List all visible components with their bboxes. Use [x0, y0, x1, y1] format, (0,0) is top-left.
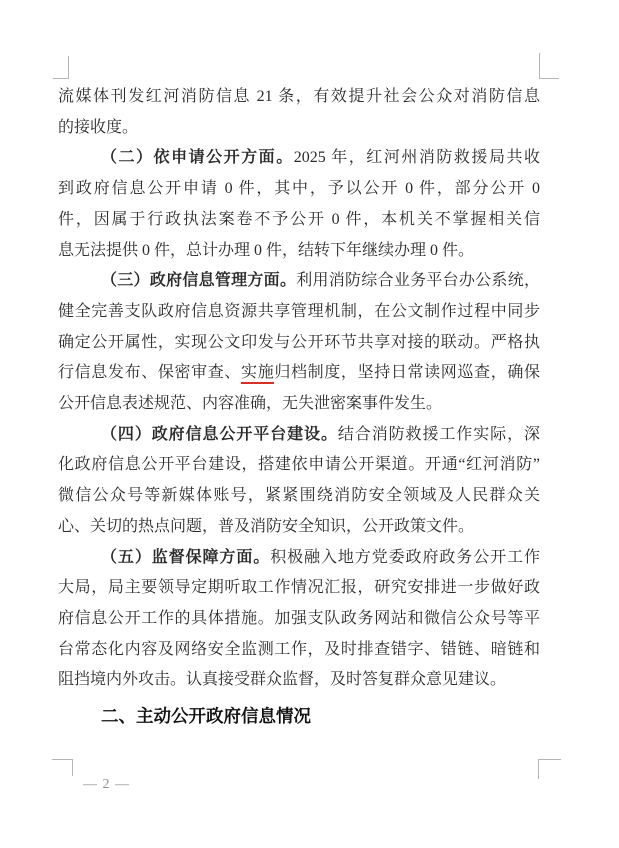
page-number: — 2 —	[83, 777, 130, 792]
text-run: 心、关切的热点问题，普及消防安全知识，公开政策文件。	[58, 518, 474, 535]
text-line: 件，因属于行政执法案卷不予公开 0 件，本机关不掌握相关信	[58, 205, 540, 236]
text-run: 归档制度，坚持日常读网巡查，确保	[274, 364, 540, 381]
text-line: 府信息公开工作的具体措施。加强支队政务网站和微信公众号等平	[58, 604, 540, 635]
text-run: 件，因属于行政执法案卷不予公开 0 件，本机关不掌握相关信	[58, 211, 540, 228]
text-line: 化政府信息公开平台建设，搭建依申请公开渠道。开通“红河消防”	[58, 450, 540, 481]
page-footer: — 2 —	[83, 774, 130, 796]
para-section-4: （四）政府信息公开平台建设。结合消防救援工作实际，深化政府信息公开平台建设，搭建…	[58, 420, 540, 543]
text-run: 行信息发布、保密审查、	[58, 364, 241, 381]
text-line: 流媒体刊发红河消防信息 21 条，有效提升社会公众对消防信息	[58, 82, 540, 113]
document-page: 流媒体刊发红河消防信息 21 条，有效提升社会公众对消防信息的接收度。（二）依申…	[0, 0, 619, 848]
crop-mark-bottom-right-icon	[538, 759, 561, 779]
bold-lead-in: （二）依申请公开方面。	[101, 149, 294, 166]
text-run: 到政府信息公开申请 0 件，其中，予以公开 0 件，部分公开 0	[58, 180, 540, 197]
text-line: 阻挡境内外攻击。认真接受群众监督，及时答复群众意见建议。	[58, 665, 540, 696]
text-run: 健全完善支队政府信息资源共享管理机制，在公文制作过程中同步	[58, 303, 540, 320]
crop-mark-top-left-icon	[53, 56, 69, 79]
text-line: 台常态化内容及网络安全监测工作，及时排查错字、错链、暗链和	[58, 635, 540, 666]
text-run: 积极融入地方党委政府政务公开工作	[270, 549, 540, 566]
text-run: 府信息公开工作的具体措施。加强支队政务网站和微信公众号等平	[58, 610, 540, 627]
text-line: 大局，局主要领导定期听取工作情况汇报，研究安排进一步做好政	[58, 573, 540, 604]
bold-lead-in: （五）监督保障方面。	[101, 549, 270, 566]
text-run: 阻挡境内外攻击。认真接受群众监督，及时答复群众意见建议。	[58, 671, 506, 688]
text-run: 的接收度。	[58, 119, 138, 136]
bold-lead-in: （三）政府信息管理方面。	[101, 272, 296, 289]
document-body: 流媒体刊发红河消防信息 21 条，有效提升社会公众对消防信息的接收度。（二）依申…	[58, 82, 540, 732]
text-line: 行信息发布、保密审查、实施归档制度，坚持日常读网巡查，确保	[58, 358, 540, 389]
text-line: 公开信息表述规范、内容准确，无失泄密案事件发生。	[58, 389, 540, 420]
crop-mark-bottom-left-icon	[52, 759, 73, 776]
text-run: 大局，局主要领导定期听取工作情况汇报，研究安排进一步做好政	[58, 579, 540, 596]
para-section-2: （二）依申请公开方面。2025 年，红河州消防救援局共收到政府信息公开申请 0 …	[58, 143, 540, 266]
text-line: （五）监督保障方面。积极融入地方党委政府政务公开工作	[58, 543, 540, 574]
bold-lead-in: 二、主动公开政府信息情况	[101, 706, 311, 726]
text-run: 微信公众号等新媒体账号，紧紧围绕消防安全领域及人民群众关	[58, 487, 540, 504]
text-line: 心、关切的热点问题，普及消防安全知识，公开政策文件。	[58, 512, 540, 543]
para-continuation: 流媒体刊发红河消防信息 21 条，有效提升社会公众对消防信息的接收度。	[58, 82, 540, 143]
text-line: 息无法提供 0 件，总计办理 0 件，结转下年继续办理 0 件。	[58, 236, 540, 267]
text-run: 台常态化内容及网络安全监测工作，及时排查错字、错链、暗链和	[58, 641, 540, 658]
text-line: 的接收度。	[58, 113, 540, 144]
text-line: （四）政府信息公开平台建设。结合消防救援工作实际，深	[58, 420, 540, 451]
text-line: （三）政府信息管理方面。利用消防综合业务平台办公系统，	[58, 266, 540, 297]
text-line: （二）依申请公开方面。2025 年，红河州消防救援局共收	[58, 143, 540, 174]
text-run: 利用消防综合业务平台办公系统，	[296, 272, 540, 289]
text-line: 健全完善支队政府信息资源共享管理机制，在公文制作过程中同步	[58, 297, 540, 328]
bold-lead-in: （四）政府信息公开平台建设。	[101, 426, 338, 443]
para-section-3: （三）政府信息管理方面。利用消防综合业务平台办公系统，健全完善支队政府信息资源共…	[58, 266, 540, 420]
text-run: 结合消防救援工作实际，深	[338, 426, 540, 443]
text-line: 微信公众号等新媒体账号，紧紧围绕消防安全领域及人民群众关	[58, 481, 540, 512]
text-run: 确定公开属性，实现公文印发与公开环节共享对接的联动。严格执	[58, 334, 540, 351]
text-run: 息无法提供 0 件，总计办理 0 件，结转下年继续办理 0 件。	[58, 242, 474, 259]
crop-mark-top-right-icon	[539, 53, 559, 79]
text-run: 公开信息表述规范、内容准确，无失泄密案事件发生。	[58, 395, 442, 412]
text-line: 二、主动公开政府信息情况	[58, 701, 540, 732]
para-section-5: （五）监督保障方面。积极融入地方党委政府政务公开工作大局，局主要领导定期听取工作…	[58, 543, 540, 697]
heading-section-2: 二、主动公开政府信息情况	[58, 701, 540, 732]
text-run: 化政府信息公开平台建设，搭建依申请公开渠道。开通“红河消防”	[58, 456, 540, 473]
text-line: 到政府信息公开申请 0 件，其中，予以公开 0 件，部分公开 0	[58, 174, 540, 205]
text-run: 2025 年，红河州消防救援局共收	[294, 149, 540, 166]
text-line: 确定公开属性，实现公文印发与公开环节共享对接的联动。严格执	[58, 328, 540, 359]
red-underlined-text: 实施	[241, 364, 274, 384]
text-run: 流媒体刊发红河消防信息 21 条，有效提升社会公众对消防信息	[58, 88, 540, 105]
